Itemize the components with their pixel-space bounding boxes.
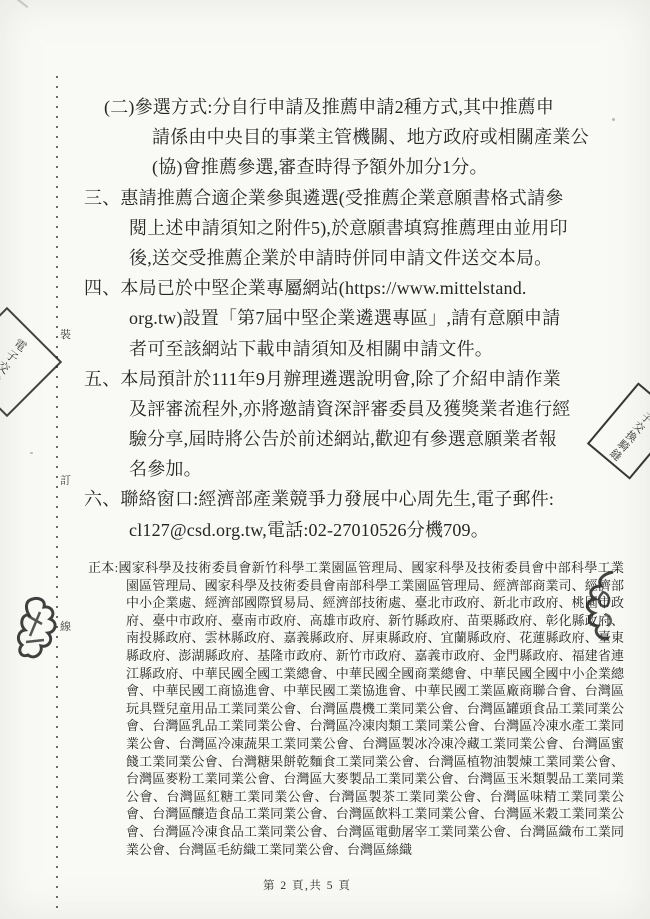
scan-speck [596,702,598,705]
para-3-line: 閱上述申請須知之附件5),於意願書填寫推薦理由並用印 [129,213,650,243]
recipients-list: 國家科學及技術委員會新竹科學工業園區管理局、國家科學及技術委員會中部科學工業園區… [118,560,624,857]
para-4-line: 者可至該網站下載申請須知及相關申請文件。 [129,334,650,364]
para-2-line: (二)參選方式:分自行申請及推薦申請2種方式,其中推薦申 [104,92,650,122]
para-6-line: 六、聯絡窗口:經濟部產業競爭力發展中心周先生,電子郵件: [84,484,650,514]
ink-seal-fragment-right-icon [583,568,627,646]
para-5-line: 名參加。 [129,454,650,484]
scan-speck [612,118,615,121]
scan-speck [30,452,33,454]
page-number-footer: 第 2 頁,共 5 頁 [263,877,351,893]
recipients-label: 正本: [88,560,118,575]
scanned-document-page: 裝 訂 線 (二)參選方式:分自行申請及推薦申請2種方式,其中推薦申 請係由中央… [0,0,650,919]
para-5-line: 驗分享,屆時將公告於前述網站,歡迎有參選意願業者報 [129,424,650,454]
ink-seal-fragment-left-icon [16,594,62,664]
document-body: (二)參選方式:分自行申請及推薦申請2種方式,其中推薦申 請係由中央目的事業主管… [0,92,650,545]
recipients-block: 正本:國家科學及技術委員會新竹科學工業園區管理局、國家科學及技術委員會中部科學工… [88,559,624,858]
para-4-line: 四、本局已於中堅企業專屬網站(https://www.mittelstand. [84,273,650,303]
para-4-line: org.tw)設置「第7屆中堅企業遴選專區」,請有意願申請 [129,303,650,333]
para-3-line: 後,送交受推薦企業於申請時併同申請文件送交本局。 [129,243,650,273]
para-3-line: 三、惠請推薦合適企業參與遴選(受推薦企業意願書格式請參 [84,183,650,213]
para-5-line: 及評審流程外,亦將邀請資深評審委員及獲獎業者進行經 [129,394,650,424]
para-2-line: (協)會推薦參選,審查時得予額外加分1分。 [152,152,650,182]
para-2-line: 請係由中央目的事業主管機關、地方政府或相關產業公 [152,122,650,152]
scan-artifact-line [0,0,28,8]
perforation-seal-left-text: 電子交換 [0,335,31,390]
para-5-line: 五、本局預計於111年9月辦理遴選說明會,除了介紹申請作業 [84,364,650,394]
para-6-line: cl127@csd.org.tw,電話:02-27010526分機709。 [129,515,650,545]
